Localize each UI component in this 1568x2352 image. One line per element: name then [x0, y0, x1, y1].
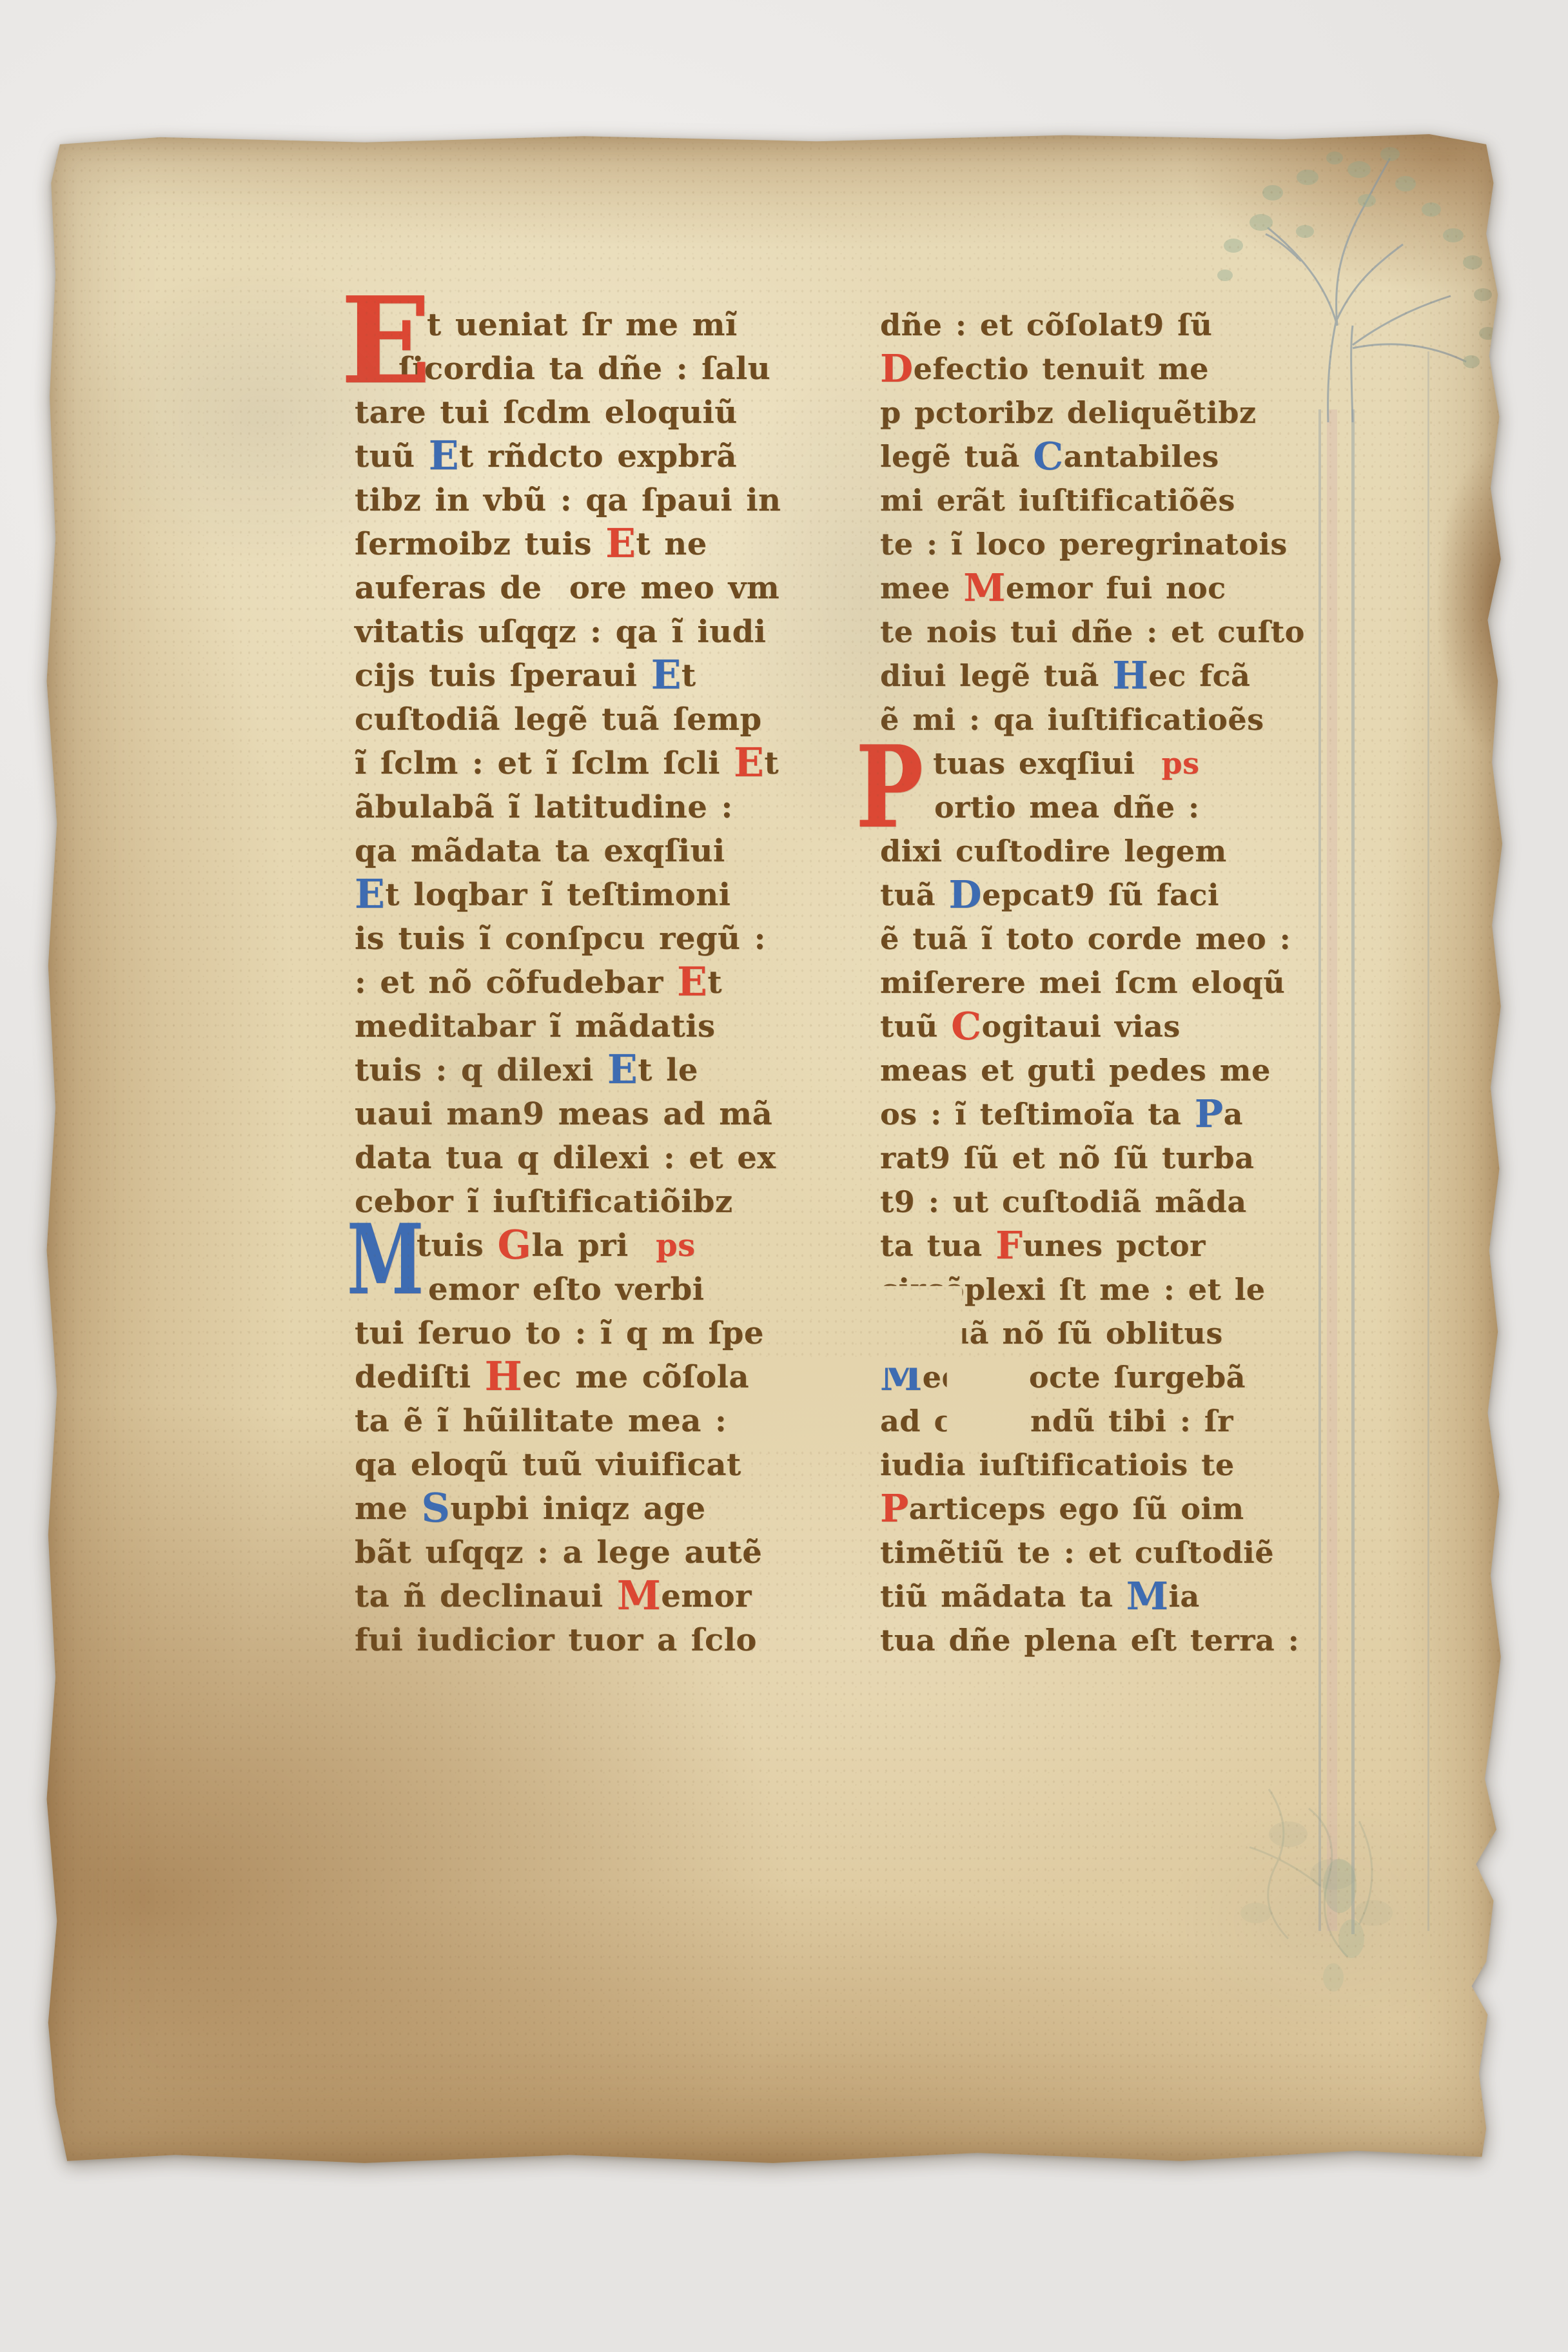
text-line: meas et guti pedes me: [880, 1048, 1344, 1092]
text-segment: t9 : ut cuſtodiã mãda: [880, 1184, 1247, 1219]
text-segment: circõplexi ſt me : et le: [880, 1272, 1266, 1307]
text-segment: articeps ego ſũ oim: [909, 1491, 1244, 1526]
text-segment: tua dñe plena eſt terra :: [880, 1623, 1299, 1658]
text-line: timẽtiũ te : et cuſtodiẽ: [880, 1531, 1344, 1574]
text-segment: bãt uſqqz : a lege autẽ: [355, 1534, 762, 1571]
text-line: dediſti Hec me cõſola: [355, 1355, 845, 1399]
text-segment: t ueniat ſr me mĩ: [427, 307, 738, 343]
text-line: qa eloqũ tuũ viuificat: [355, 1443, 845, 1487]
text-segment: epcat9 ſũ faci: [982, 877, 1219, 912]
illuminated-initial-E: E: [340, 294, 432, 387]
text-segment: : et nõ cõfudebar: [355, 965, 677, 1001]
text-segment: tibz in vbũ : qa ſpaui in: [355, 482, 781, 518]
text-segment: emor: [661, 1578, 752, 1614]
text-line: ta ẽ ĩ hũilitate mea :: [355, 1399, 845, 1443]
text-line: Media nocte ſurgebã: [880, 1355, 1344, 1399]
text-line: auferas de ore meo vm: [355, 566, 845, 610]
text-line: tuis : q dilexi Et le: [355, 1048, 845, 1092]
text-line: me Supbi iniqz age: [355, 1487, 845, 1531]
text-line: cebor ĩ iuſtificatiõibz: [355, 1180, 845, 1224]
text-segment: dediſti: [355, 1359, 485, 1395]
bar-foot-flourish: [1323, 1859, 1364, 1992]
text-segment: ps: [656, 1228, 696, 1264]
versal-initial: E: [677, 959, 707, 1005]
text-segment: is tuis ĩ conſpcu regũ :: [355, 921, 766, 957]
text-segment: te : ĩ loco peregrinatois: [880, 527, 1288, 562]
text-segment: efectio tenuit me: [914, 351, 1209, 386]
text-line: dixi cuſtodire legem: [880, 829, 1344, 873]
text-segment: ẽ mi : qa iuſtificatioẽs: [880, 702, 1264, 737]
text-segment: mi erãt iuſtificatiõẽs: [880, 483, 1235, 518]
versal-initial: M: [963, 565, 1006, 610]
text-line: emor eſto verbi: [355, 1268, 845, 1311]
text-line: ta tua Funes pctor: [880, 1224, 1344, 1268]
text-segment: vitatis uſqqz : qa ĩ iudi: [355, 614, 766, 650]
text-line: tui ſeruo to : ĩ q m ſpe: [355, 1311, 845, 1355]
text-segment: tui ſeruo to : ĩ q m ſpe: [355, 1315, 764, 1351]
versal-initial: H: [485, 1353, 523, 1400]
text-line: tuas exqſiui ps: [880, 741, 1344, 785]
text-segment: a: [1224, 1097, 1243, 1132]
text-segment: me: [355, 1491, 422, 1527]
text-line: gẽ tuã nõ ſũ oblitus: [880, 1311, 1344, 1355]
text-segment: t loqbar ĩ teſtimoni: [385, 877, 730, 913]
versal-initial: E: [429, 433, 459, 479]
text-line: vitatis uſqqz : qa ĩ iudi: [355, 610, 845, 654]
text-line: cuſtodiã legẽ tuã ſemp: [355, 698, 845, 741]
text-segment: ãbulabã ĩ latitudine :: [355, 789, 733, 825]
text-segment: la pri: [532, 1228, 656, 1264]
text-column-left: t ueniat ſr me mĩſicordia ta dñe : ſalut…: [355, 303, 845, 1662]
text-line: is tuis ĩ conſpcu regũ :: [355, 917, 845, 961]
text-segment: emor eſto verbi: [428, 1271, 704, 1308]
text-line: meditabar ĩ mãdatis: [355, 1004, 845, 1048]
versal-initial: S: [422, 1485, 451, 1531]
text-line: tuis Gla pri ps: [355, 1224, 845, 1268]
text-line: diui legẽ tuã Hec fcã: [880, 654, 1344, 698]
text-line: te nois tui dñe : et cuſto: [880, 610, 1344, 654]
text-segment: te nois tui dñe : et cuſto: [880, 614, 1305, 649]
versal-initial: P: [1195, 1092, 1224, 1136]
text-segment: tuũ: [355, 438, 429, 475]
text-line: Et loqbar ĩ teſtimoni: [355, 873, 845, 917]
text-segment: tuis : q dilexi: [355, 1052, 607, 1088]
text-segment: cijs tuis ſperaui: [355, 658, 651, 694]
text-segment: tuã: [880, 877, 949, 912]
text-line: t9 : ut cuſtodiã mãda: [880, 1180, 1344, 1224]
text-line: Defectio tenuit me: [880, 347, 1344, 391]
text-line: ad cõfitendũ tibi : ſr: [880, 1399, 1344, 1443]
text-line: circõplexi ſt me : et le: [880, 1268, 1344, 1311]
text-segment: fui iudicior tuor a ſclo: [355, 1622, 757, 1658]
text-segment: upbi iniqz age: [450, 1491, 705, 1527]
text-segment: uaui man9 meas ad mã: [355, 1096, 772, 1132]
text-line: qa mãdata ta exqſiui: [355, 829, 845, 873]
text-segment: ta tua: [880, 1228, 995, 1263]
text-line: p pctoribz deliquẽtibz: [880, 391, 1344, 435]
versal-initial: E: [605, 520, 636, 567]
text-segment: tuas exqſiui: [933, 746, 1161, 781]
versal-initial: P: [880, 1486, 909, 1531]
text-line: tuũ Cogitaui vias: [880, 1004, 1344, 1048]
text-segment: cuſtodiã legẽ tuã ſemp: [355, 701, 762, 738]
versal-initial: E: [734, 740, 764, 786]
versal-initial: D: [880, 346, 914, 391]
text-segment: ec me cõſola: [522, 1359, 749, 1395]
text-segment: dñe : et cõſolat9 ſũ: [880, 308, 1212, 342]
text-line: bãt uſqqz : a lege autẽ: [355, 1531, 845, 1574]
text-segment: dixi cuſtodire legem: [880, 834, 1227, 868]
text-segment: miſerere mei ſcm eloqũ: [880, 965, 1285, 1000]
text-segment: tuis: [416, 1228, 498, 1264]
text-segment: qa mãdata ta exqſiui: [355, 833, 725, 869]
versal-initial: E: [607, 1046, 638, 1093]
text-segment: t: [681, 658, 696, 694]
text-line: fui iudicior tuor a ſclo: [355, 1618, 845, 1662]
text-segment: emor fui noc: [1006, 571, 1226, 605]
text-line: ſermoibz tuis Et ne: [355, 522, 845, 566]
text-column-right: dñe : et cõſolat9 ſũDefectio tenuit mep …: [880, 303, 1344, 1662]
text-segment: auferas de ore meo vm: [355, 570, 779, 606]
versal-initial: F: [995, 1223, 1023, 1268]
ghost-flourish: [1249, 1789, 1372, 1957]
text-line: miſerere mei ſcm eloqũ: [880, 961, 1344, 1004]
text-line: legẽ tuã Cantabiles: [880, 435, 1344, 478]
text-segment: ogitaui vias: [982, 1009, 1181, 1044]
text-line: tuũ Et rñdcto expbrã: [355, 435, 845, 478]
text-line: Particeps ego ſũ oim: [880, 1487, 1344, 1531]
versal-initial: D: [949, 872, 983, 917]
text-segment: gẽ tuã nõ ſũ oblitus: [880, 1316, 1223, 1351]
text-line: ẽ tuã ĩ toto corde meo :: [880, 917, 1344, 961]
text-line: tiũ mãdata ta Mia: [880, 1574, 1344, 1618]
illuminated-initial-M: M: [347, 1222, 424, 1298]
versal-initial: H: [1112, 653, 1148, 698]
text-line: cijs tuis ſperaui Et: [355, 654, 845, 698]
text-line: tibz in vbũ : qa ſpaui in: [355, 478, 845, 522]
text-segment: data tua q dilexi : et ex: [355, 1140, 776, 1176]
text-line: rat9 ſũ et nõ ſũ turba: [880, 1136, 1344, 1180]
text-segment: t le: [638, 1052, 698, 1088]
text-segment: ps: [1161, 746, 1199, 781]
illuminated-initial-P: P: [856, 744, 924, 832]
text-segment: tuũ: [880, 1009, 951, 1044]
text-segment: timẽtiũ te : et cuſtodiẽ: [880, 1535, 1274, 1570]
text-line: ĩ ſclm : et ĩ ſclm ſcli Et: [355, 741, 845, 785]
text-segment: t ne: [636, 526, 707, 562]
text-segment: t: [707, 965, 722, 1001]
versal-initial: M: [1126, 1574, 1169, 1618]
text-line: ãbulabã ĩ latitudine :: [355, 785, 845, 829]
text-segment: ad cõfitendũ tibi : ſr: [880, 1404, 1233, 1438]
text-segment: qa eloqũ tuũ viuificat: [355, 1447, 741, 1483]
text-segment: t rñdcto expbrã: [459, 438, 737, 475]
text-line: uaui man9 meas ad mã: [355, 1092, 845, 1136]
text-segment: ec fcã: [1148, 658, 1250, 693]
text-line: mee Memor fui noc: [880, 566, 1344, 610]
text-line: data tua q dilexi : et ex: [355, 1136, 845, 1180]
text-line: te : ĩ loco peregrinatois: [880, 522, 1344, 566]
text-segment: ta ẽ ĩ hũilitate mea :: [355, 1403, 727, 1439]
text-segment: legẽ tuã: [880, 439, 1033, 474]
text-line: os : ĩ teſtimoĩa ta Pa: [880, 1092, 1344, 1136]
text-segment: ĩ ſclm : et ĩ ſclm ſcli: [355, 745, 734, 781]
text-segment: meditabar ĩ mãdatis: [355, 1008, 716, 1044]
text-line: ẽ mi : qa iuſtificatioẽs: [880, 698, 1344, 741]
text-segment: ortio mea dñe :: [934, 790, 1199, 825]
text-segment: mee: [880, 571, 963, 605]
text-line: dñe : et cõſolat9 ſũ: [880, 303, 1344, 347]
photo-backdrop: { "scene": { "backdrop_color": "#ebe9e7"…: [0, 0, 1568, 2352]
text-segment: ſermoibz tuis: [355, 526, 605, 562]
text-segment: edia nocte ſurgebã: [923, 1360, 1246, 1395]
versal-initial: G: [498, 1222, 532, 1268]
text-segment: os : ĩ teſtimoĩa ta: [880, 1097, 1195, 1132]
text-line: iudia iuſtificatiois te: [880, 1443, 1344, 1487]
text-line: ortio mea dñe :: [880, 785, 1344, 829]
text-line: ta ñ declinaui Memor: [355, 1574, 845, 1618]
text-segment: p pctoribz deliquẽtibz: [880, 395, 1257, 430]
text-segment: tiũ mãdata ta: [880, 1579, 1126, 1614]
manuscript-leaf: t ueniat ſr me mĩſicordia ta dñe : ſalut…: [44, 132, 1502, 2165]
text-segment: ſicordia ta dñe : ſalu: [398, 351, 770, 387]
text-segment: t: [764, 745, 779, 781]
text-segment: ẽ tuã ĩ toto corde meo :: [880, 921, 1291, 956]
versal-initial: C: [951, 1004, 981, 1048]
text-segment: rat9 ſũ et nõ ſũ turba: [880, 1141, 1254, 1175]
text-line: tua dñe plena eſt terra :: [880, 1618, 1344, 1662]
versal-initial: C: [1033, 434, 1063, 478]
versal-initial: E: [355, 871, 385, 917]
text-segment: unes pctor: [1023, 1228, 1205, 1263]
text-line: tuã Depcat9 ſũ faci: [880, 873, 1344, 917]
text-line: mi erãt iuſtificatiõẽs: [880, 478, 1344, 522]
text-segment: iudia iuſtificatiois te: [880, 1447, 1235, 1482]
versal-initial: M: [617, 1573, 661, 1619]
text-segment: ia: [1168, 1579, 1199, 1614]
ghost-flourish-blobs: [1240, 1821, 1393, 1926]
versal-initial: M: [880, 1355, 923, 1399]
text-segment: meas et guti pedes me: [880, 1053, 1271, 1088]
text-segment: antabiles: [1064, 439, 1219, 474]
text-segment: ta ñ declinaui: [355, 1578, 617, 1614]
text-line: : et nõ cõfudebar Et: [355, 961, 845, 1004]
versal-initial: E: [651, 652, 681, 698]
text-segment: diui legẽ tuã: [880, 658, 1112, 693]
manuscript-leaf-wrap: t ueniat ſr me mĩſicordia ta dñe : ſalut…: [44, 132, 1502, 2165]
